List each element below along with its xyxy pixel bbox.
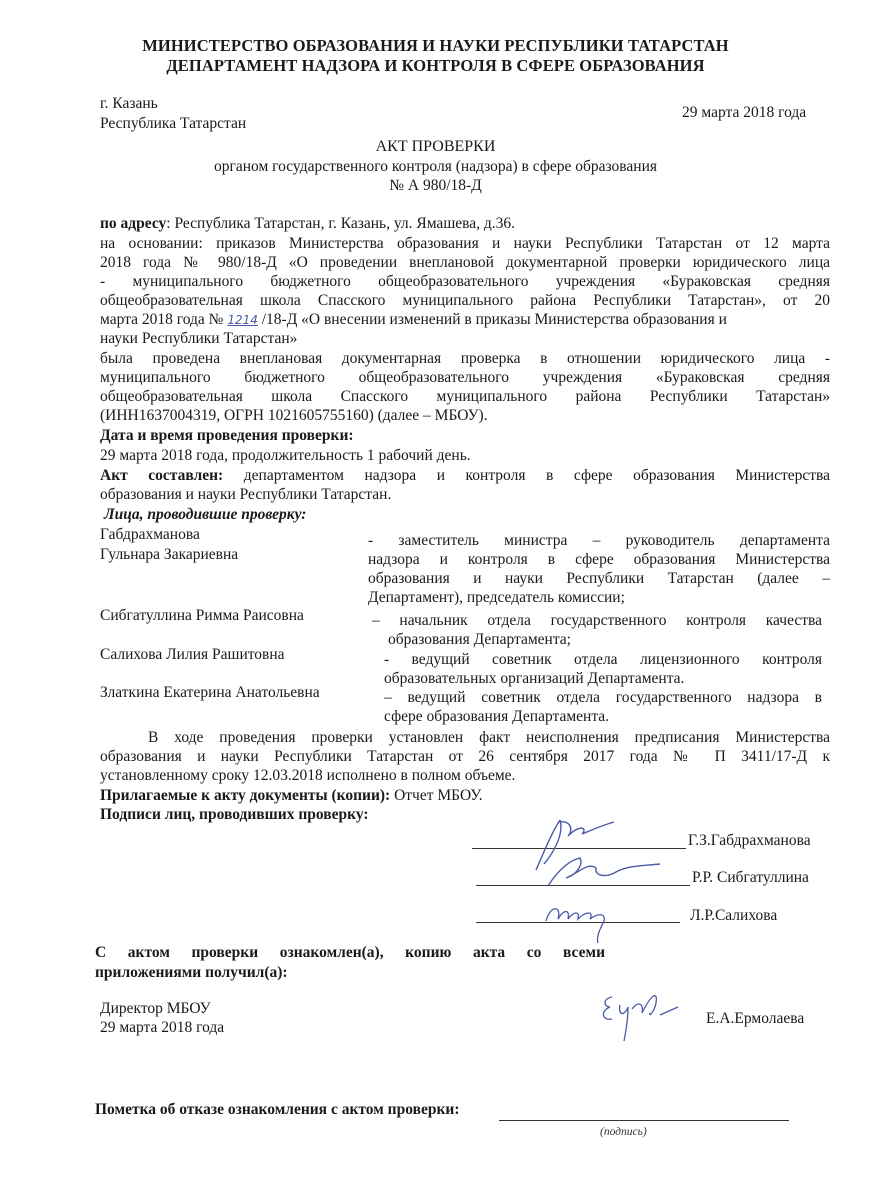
- refusal-label: Пометка об отказе ознакомления с актом п…: [95, 1101, 460, 1119]
- inspector-2-name: Сибгатуллина Римма Раисовна: [100, 607, 304, 625]
- signatory-3-name: Л.Р.Салихова: [690, 907, 777, 925]
- inspector-4-role-line-1: – ведущий советник отдела государственно…: [384, 689, 822, 707]
- basis-line-6: науки Республики Татарстан»: [100, 330, 297, 348]
- inspector-1-role-line-1: - заместитель министра – руководитель де…: [368, 532, 830, 550]
- inspector-2-role-line-2: образования Департамента;: [388, 631, 571, 649]
- findings-line-2: образования и науки Республики Татарстан…: [100, 748, 830, 766]
- inspectors-label: Лица, проводившие проверку:: [104, 506, 306, 524]
- signatory-2-name: Р.Р. Сибгатуллина: [692, 869, 809, 887]
- basis-line-4: общеобразовательная школа Спасского муни…: [100, 292, 830, 310]
- director-signature-icon: [598, 985, 698, 1050]
- director-position: Директор МБОУ: [100, 1000, 211, 1018]
- act-number: № А 980/18-Д: [0, 177, 871, 195]
- city: г. Казань: [100, 95, 158, 113]
- region: Республика Татарстан: [100, 115, 246, 133]
- inspector-4-name: Златкина Екатерина Анатольевна: [100, 684, 320, 702]
- attachments-label: Прилагаемые к акту документы (копии):: [100, 787, 390, 804]
- director-name: Е.А.Ермолаева: [706, 1010, 804, 1028]
- signature-2-icon: [540, 852, 670, 897]
- composed-line-1: Акт составлен: департаментом надзора и к…: [100, 467, 830, 485]
- inspector-1-role-line-3: образования и науки Республики Татарстан…: [368, 570, 830, 588]
- basis-line-5: марта 2018 года № 1214 /18-Д «О внесении…: [100, 311, 830, 329]
- signature-3-icon: [540, 895, 620, 950]
- handwritten-order-number: 1214: [227, 313, 258, 327]
- ministry-header: МИНИСТЕРСТВО ОБРАЗОВАНИЯ И НАУКИ РЕСПУБЛ…: [0, 36, 871, 56]
- basis-line-1: на основании: приказов Министерства обра…: [100, 235, 830, 253]
- basis-line-2: 2018 года № 980/18-Д «О проведении внепл…: [100, 254, 830, 272]
- basis-line-5-suffix: /18-Д «О внесении изменений в приказы Ми…: [258, 311, 727, 328]
- acknowledgement-date: 29 марта 2018 года: [100, 1019, 224, 1037]
- basis-line-3: - муниципального бюджетного общеобразова…: [100, 273, 830, 291]
- act-title: АКТ ПРОВЕРКИ: [0, 138, 871, 156]
- attachments-line: Прилагаемые к акту документы (копии): От…: [100, 787, 483, 805]
- findings-line-1: В ходе проведения проверки установлен фа…: [148, 729, 830, 747]
- refusal-caption: (подпись): [600, 1126, 647, 1138]
- attachments-value: Отчет МБОУ.: [390, 787, 482, 804]
- inspector-1-name-line-1: Габдрахманова: [100, 526, 200, 544]
- address-value: : Республика Татарстан, г. Казань, ул. Я…: [166, 215, 515, 232]
- inspector-3-role-line-1: - ведущий советник отдела лицензионного …: [384, 651, 822, 669]
- signatory-1-name: Г.З.Габдрахманова: [688, 832, 811, 850]
- act-subtitle: органом государственного контроля (надзо…: [0, 158, 871, 176]
- refusal-signature-line: [499, 1120, 789, 1121]
- acknowledgement-line-1: С актом проверки ознакомлен(а), копию ак…: [95, 944, 605, 962]
- datetime-label: Дата и время проведения проверки:: [100, 427, 354, 445]
- composed-value: департаментом надзора и контроля в сфере…: [223, 467, 830, 484]
- department-header: ДЕПАРТАМЕНТ НАДЗОРА И КОНТРОЛЯ В СФЕРЕ О…: [0, 56, 871, 76]
- address-label: по адресу: [100, 215, 166, 232]
- conducted-line-2: муниципального бюджетного общеобразовате…: [100, 369, 830, 387]
- conducted-line-4: (ИНН1637004319, ОГРН 1021605755160) (дал…: [100, 407, 488, 425]
- findings-line-3: установленному сроку 12.03.2018 исполнен…: [100, 767, 515, 785]
- inspector-1-role-line-2: надзора и контроля в сфере образования М…: [368, 551, 830, 569]
- inspector-1-name-line-2: Гульнара Закариевна: [100, 546, 238, 564]
- inspector-4-role-line-2: сфере образования Департамента.: [384, 708, 609, 726]
- inspector-3-role-line-2: образовательных организаций Департамента…: [384, 670, 684, 688]
- conducted-line-1: была проведена внеплановая документарная…: [100, 350, 830, 368]
- acknowledgement-line-2: приложениями получил(а):: [95, 964, 288, 982]
- datetime-value: 29 марта 2018 года, продолжительность 1 …: [100, 447, 471, 465]
- inspector-3-name: Салихова Лилия Рашитовна: [100, 646, 285, 664]
- signatures-label: Подписи лиц, проводивших проверку:: [100, 806, 369, 824]
- address-line: по адресу: Республика Татарстан, г. Каза…: [100, 215, 515, 233]
- basis-line-5-prefix: марта 2018 года №: [100, 311, 227, 328]
- inspector-2-role-line-1: – начальник отдела государственного конт…: [372, 612, 822, 630]
- inspector-1-role-line-4: Департамент), председатель комиссии;: [368, 589, 625, 607]
- document-date: 29 марта 2018 года: [682, 104, 806, 122]
- conducted-line-3: общеобразовательная школа Спасского муни…: [100, 388, 830, 406]
- composed-label: Акт составлен:: [100, 467, 223, 484]
- composed-line-2: образования и науки Республики Татарстан…: [100, 486, 391, 504]
